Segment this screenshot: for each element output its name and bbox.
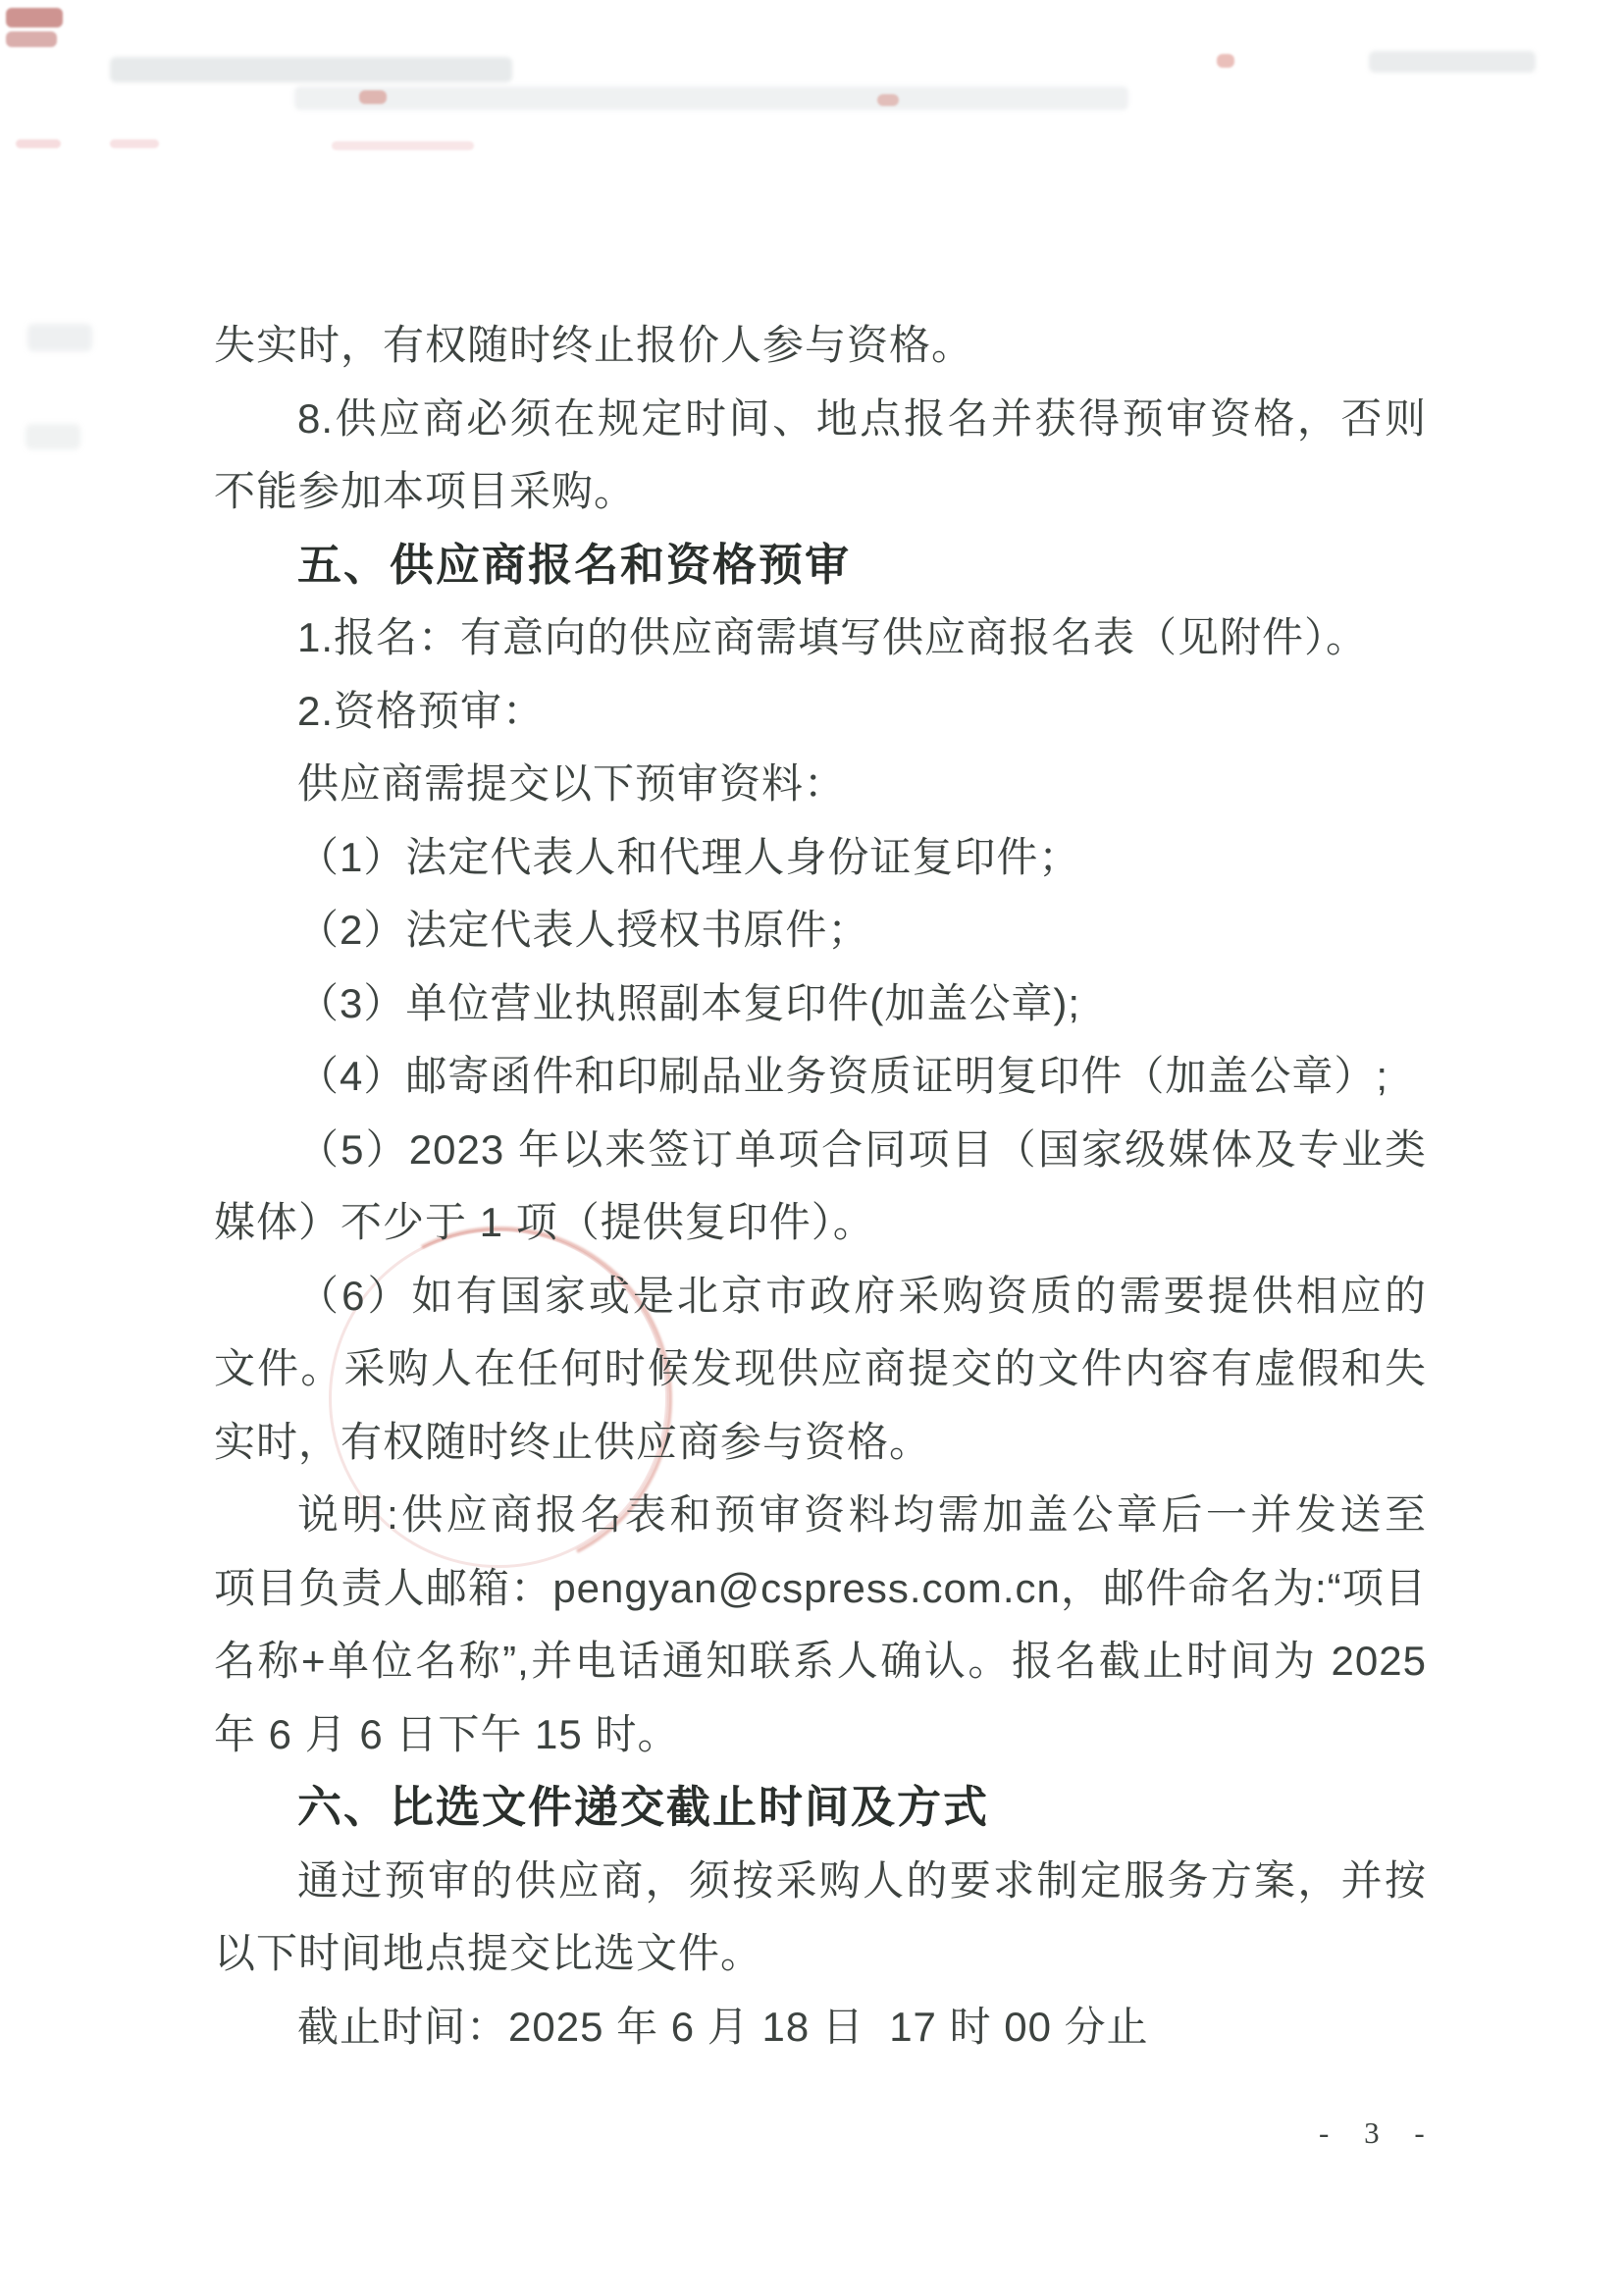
- text-line: 以下时间地点提交比选文件。: [214, 1917, 1427, 1991]
- document-page: 失实时，有权随时终止报价人参与资格。8.供应商必须在规定时间、地点报名并获得预审…: [0, 0, 1623, 2296]
- text-line: （6）如有国家或是北京市政府采购资质的需要提供相应的: [214, 1260, 1427, 1333]
- scan-artifact: [16, 139, 61, 148]
- text-line: （4）邮寄函件和印刷品业务资质证明复印件（加盖公章）;: [214, 1040, 1427, 1114]
- text-line: （5）2023 年以来签订单项合同项目（国家级媒体及专业类: [214, 1114, 1427, 1187]
- text-line: （3）单位营业执照副本复印件(加盖公章);: [214, 967, 1427, 1041]
- scan-artifact: [294, 86, 1128, 110]
- text-line: 名称+单位名称”,并电话通知联系人确认。报名截止时间为 2025: [214, 1625, 1427, 1698]
- text-line: 失实时，有权随时终止报价人参与资格。: [214, 309, 1427, 383]
- text-line: 供应商需提交以下预审资料：: [214, 748, 1427, 821]
- scan-artifact: [27, 324, 92, 351]
- section-heading: 五、供应商报名和资格预审: [214, 529, 1427, 602]
- text-line: 实时，有权随时终止供应商参与资格。: [214, 1406, 1427, 1480]
- scan-artifact: [110, 139, 159, 148]
- scan-artifact: [359, 90, 387, 104]
- text-block: 失实时，有权随时终止报价人参与资格。8.供应商必须在规定时间、地点报名并获得预审…: [214, 309, 1427, 2063]
- text-line: 截止时间：2025 年 6 月 18 日 17 时 00 分止: [214, 1991, 1427, 2064]
- text-line: 通过预审的供应商，须按采购人的要求制定服务方案，并按: [214, 1845, 1427, 1918]
- scan-artifact: [6, 8, 63, 27]
- scan-artifact: [1217, 54, 1234, 68]
- text-line: 文件。采购人在任何时候发现供应商提交的文件内容有虚假和失: [214, 1332, 1427, 1406]
- page-number: - 3 -: [1319, 2115, 1439, 2151]
- text-line: （2）法定代表人授权书原件；: [214, 894, 1427, 967]
- text-line: 项目负责人邮箱：pengyan@cspress.com.cn，邮件命名为:“项目: [214, 1552, 1427, 1626]
- text-line: 2.资格预审：: [214, 675, 1427, 749]
- text-line: 年 6 月 6 日下午 15 时。: [214, 1698, 1427, 1772]
- text-line: 说明:供应商报名表和预审资料均需加盖公章后一并发送至: [214, 1479, 1427, 1552]
- text-line: 1.报名：有意向的供应商需填写供应商报名表（见附件）。: [214, 601, 1427, 675]
- scan-artifact: [110, 57, 512, 82]
- scan-artifact: [1369, 51, 1536, 73]
- text-line: （1）法定代表人和代理人身份证复印件；: [214, 821, 1427, 895]
- scan-artifact: [877, 94, 899, 106]
- scan-artifact: [6, 31, 57, 47]
- section-heading: 六、比选文件递交截止时间及方式: [214, 1771, 1427, 1845]
- text-line: 媒体）不少于 1 项（提供复印件）。: [214, 1186, 1427, 1260]
- scan-artifact: [26, 424, 80, 449]
- text-line: 8.供应商必须在规定时间、地点报名并获得预审资格，否则: [214, 383, 1427, 456]
- scan-artifact: [332, 141, 474, 150]
- text-line: 不能参加本项目采购。: [214, 455, 1427, 529]
